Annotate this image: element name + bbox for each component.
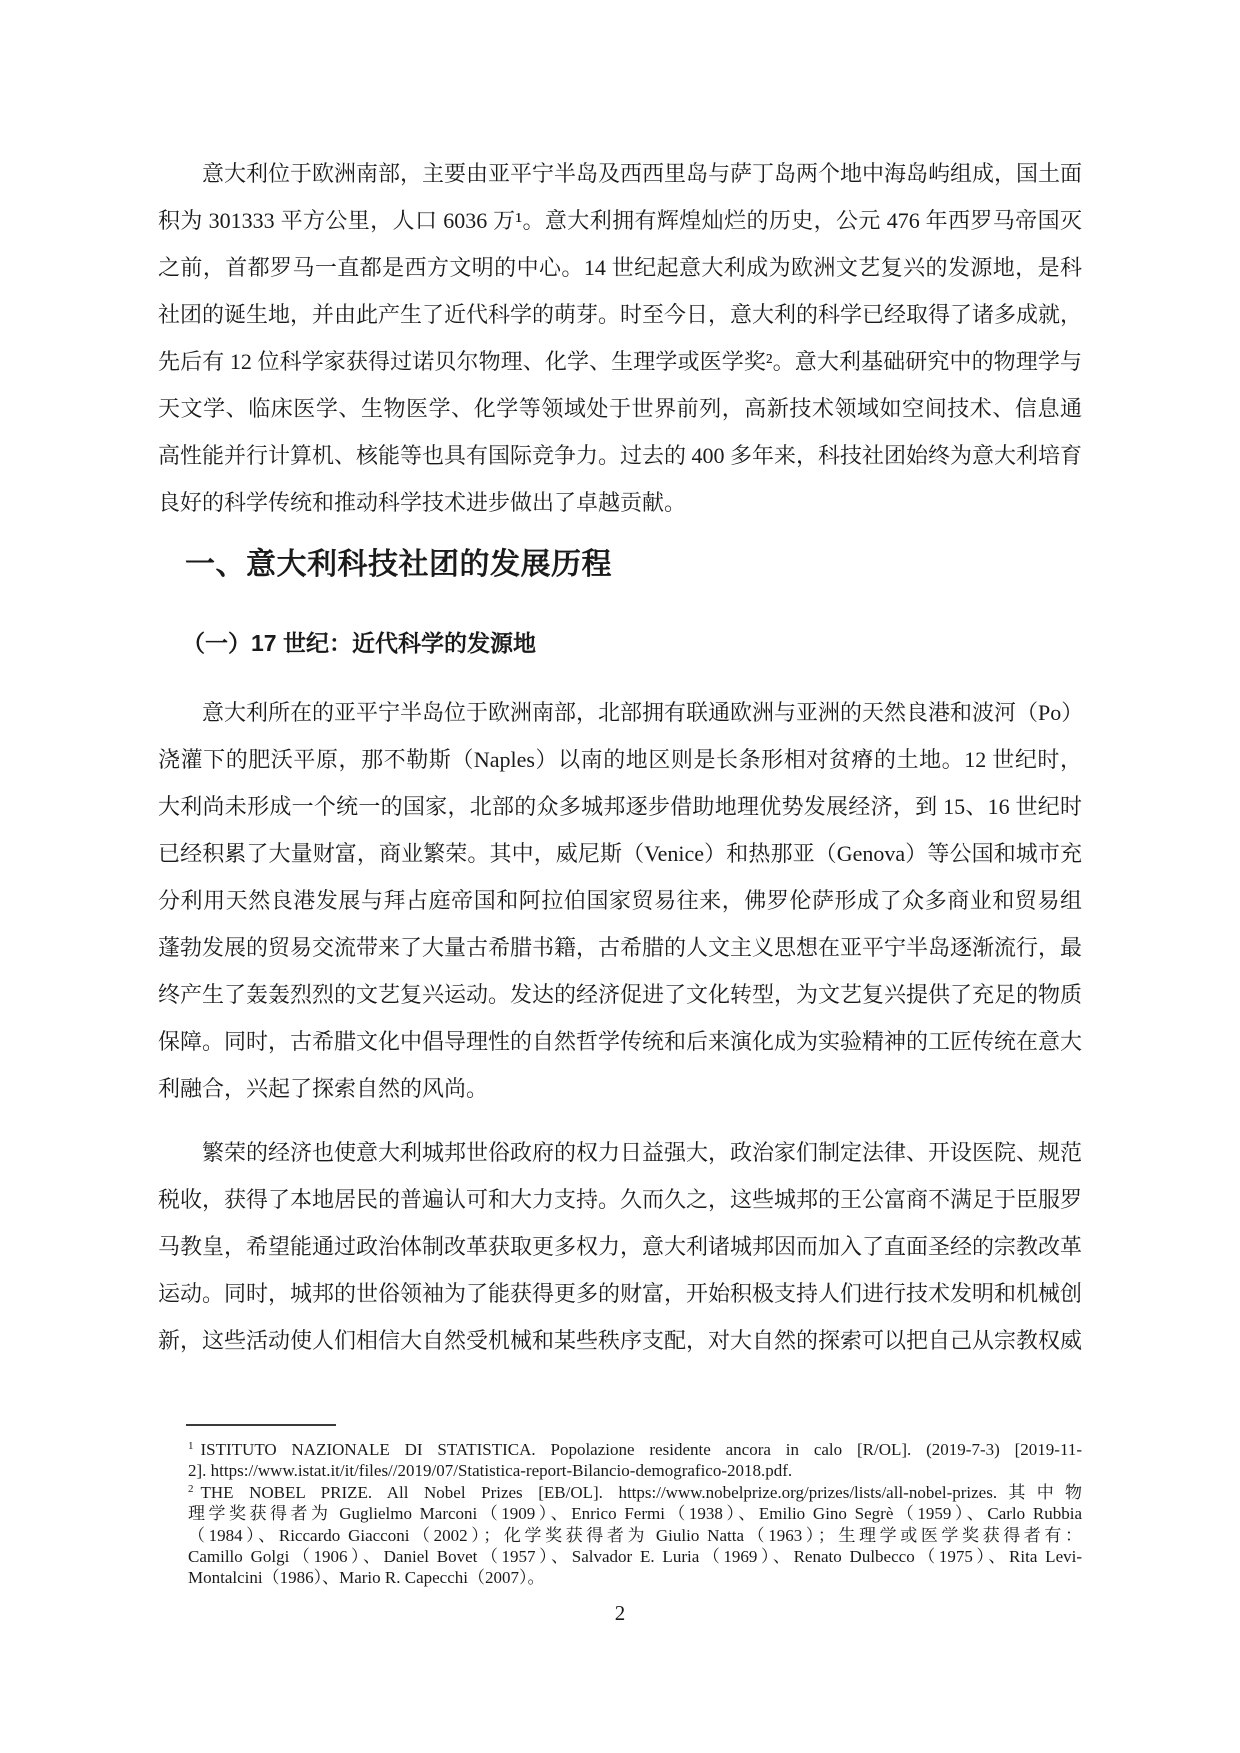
text-line: 高性能并行计算机、核能等也具有国际竞争力。过去的 400 多年来，科技社团始终为… xyxy=(158,432,1082,479)
text-line: 新，这些活动使人们相信大自然受机械和某些秩序支配，对大自然的探索可以把自己从宗教… xyxy=(158,1317,1082,1364)
text-line: 保障。同时，古希腊文化中倡导理性的自然哲学传统和后来演化成为实验精神的工匠传统在… xyxy=(158,1018,1082,1065)
text-line: 浇灌下的肥沃平原，那不勒斯（Naples）以南的地区则是长条形相对贫瘠的土地。1… xyxy=(158,736,1082,783)
text-line: 社团的诞生地，并由此产生了近代科学的萌芽。时至今日，意大利的科学已经取得了诸多成… xyxy=(158,291,1082,338)
text-line: 繁荣的经济也使意大利城邦世俗政府的权力日益强大，政治家们制定法律、开设医院、规范 xyxy=(158,1129,1082,1176)
text-line: 积为 301333 平方公里，人口 6036 万¹。意大利拥有辉煌灿烂的历史，公… xyxy=(158,197,1082,244)
footnote-2-line-2: 理学奖获得者为 Guglielmo Marconi（1909）、Enrico F… xyxy=(188,1503,1082,1524)
footnote-1-line-2: 2]. https://www.istat.it/it/files//2019/… xyxy=(188,1460,1082,1481)
text-line: 已经积累了大量财富，商业繁荣。其中，威尼斯（Venice）和热那亚（Genova… xyxy=(158,830,1082,877)
text-line: 分利用天然良港发展与拜占庭帝国和阿拉伯国家贸易往来，佛罗伦萨形成了众多商业和贸易… xyxy=(158,877,1082,924)
paragraph-economy: 繁荣的经济也使意大利城邦世俗政府的权力日益强大，政治家们制定法律、开设医院、规范… xyxy=(158,1129,1082,1364)
footnote-list: 1ISTITUTO NAZIONALE DI STATISTICA. Popol… xyxy=(188,1439,1082,1589)
paragraph-geography: 意大利所在的亚平宁半岛位于欧洲南部，北部拥有联通欧洲与亚洲的天然良港和波河（Po… xyxy=(158,689,1082,1112)
section-heading: 一、意大利科技社团的发展历程 xyxy=(185,537,1082,593)
footnote-2-line-4: Camillo Golgi（1906）、Daniel Bovet（1957）、S… xyxy=(188,1546,1082,1567)
text-line: 良好的科学传统和推动科学技术进步做出了卓越贡献。 xyxy=(158,479,1082,526)
footnote-text: ISTITUTO NAZIONALE DI STATISTICA. Popola… xyxy=(201,1440,1083,1459)
text-line: 先后有 12 位科学家获得过诺贝尔物理、化学、生理学或医学奖²。意大利基础研究中… xyxy=(158,338,1082,385)
text-line: 大利尚未形成一个统一的国家，北部的众多城邦逐步借助地理优势发展经济，到 15、1… xyxy=(158,783,1082,830)
text-line: 马教皇，希望能通过政治体制改革获取更多权力，意大利诸城邦因而加入了直面圣经的宗教… xyxy=(158,1223,1082,1270)
text-line: 蓬勃发展的贸易交流带来了大量古希腊书籍，古希腊的人文主义思想在亚平宁半岛逐渐流行… xyxy=(158,924,1082,971)
subsection-heading: （一）17 世纪：近代科学的发源地 xyxy=(182,623,1082,663)
text-line: 利融合，兴起了探索自然的风尚。 xyxy=(158,1065,1082,1112)
footnotes-section: 1ISTITUTO NAZIONALE DI STATISTICA. Popol… xyxy=(158,1424,1082,1589)
document-body: 意大利位于欧洲南部，主要由亚平宁半岛及西西里岛与萨丁岛两个地中海岛屿组成，国土面… xyxy=(158,150,1082,1364)
text-line: 运动。同时，城邦的世俗领袖为了能获得更多的财富，开始积极支持人们进行技术发明和机… xyxy=(158,1270,1082,1317)
footnote-2-line-5: Montalcini（1986）、Mario R. Capecchi（2007）… xyxy=(188,1567,1082,1588)
text-line: 之前，首都罗马一直都是西方文明的中心。14 世纪起意大利成为欧洲文艺复兴的发源地… xyxy=(158,244,1082,291)
page-number: 2 xyxy=(0,1598,1240,1628)
text-line: 意大利所在的亚平宁半岛位于欧洲南部，北部拥有联通欧洲与亚洲的天然良港和波河（Po… xyxy=(158,689,1082,736)
footnote-separator xyxy=(186,1424,336,1426)
footnote-2-line-3: （1984）、Riccardo Giacconi（2002）；化学奖获得者为 G… xyxy=(188,1525,1082,1546)
paragraph-intro: 意大利位于欧洲南部，主要由亚平宁半岛及西西里岛与萨丁岛两个地中海岛屿组成，国土面… xyxy=(158,150,1082,526)
text-line: 税收，获得了本地居民的普遍认可和大力支持。久而久之，这些城邦的王公富商不满足于臣… xyxy=(158,1176,1082,1223)
text-line: 意大利位于欧洲南部，主要由亚平宁半岛及西西里岛与萨丁岛两个地中海岛屿组成，国土面 xyxy=(158,150,1082,197)
footnote-2-line-1: 2THE NOBEL PRIZE. All Nobel Prizes [EB/O… xyxy=(188,1482,1082,1503)
footnote-text: THE NOBEL PRIZE. All Nobel Prizes [EB/OL… xyxy=(201,1483,1083,1502)
document-page: 意大利位于欧洲南部，主要由亚平宁半岛及西西里岛与萨丁岛两个地中海岛屿组成，国土面… xyxy=(0,0,1240,1753)
footnote-1-line-1: 1ISTITUTO NAZIONALE DI STATISTICA. Popol… xyxy=(188,1439,1082,1460)
text-line: 终产生了轰轰烈烈的文艺复兴运动。发达的经济促进了文化转型，为文艺复兴提供了充足的… xyxy=(158,971,1082,1018)
text-line: 天文学、临床医学、生物医学、化学等领域处于世界前列，高新技术领域如空间技术、信息… xyxy=(158,385,1082,432)
